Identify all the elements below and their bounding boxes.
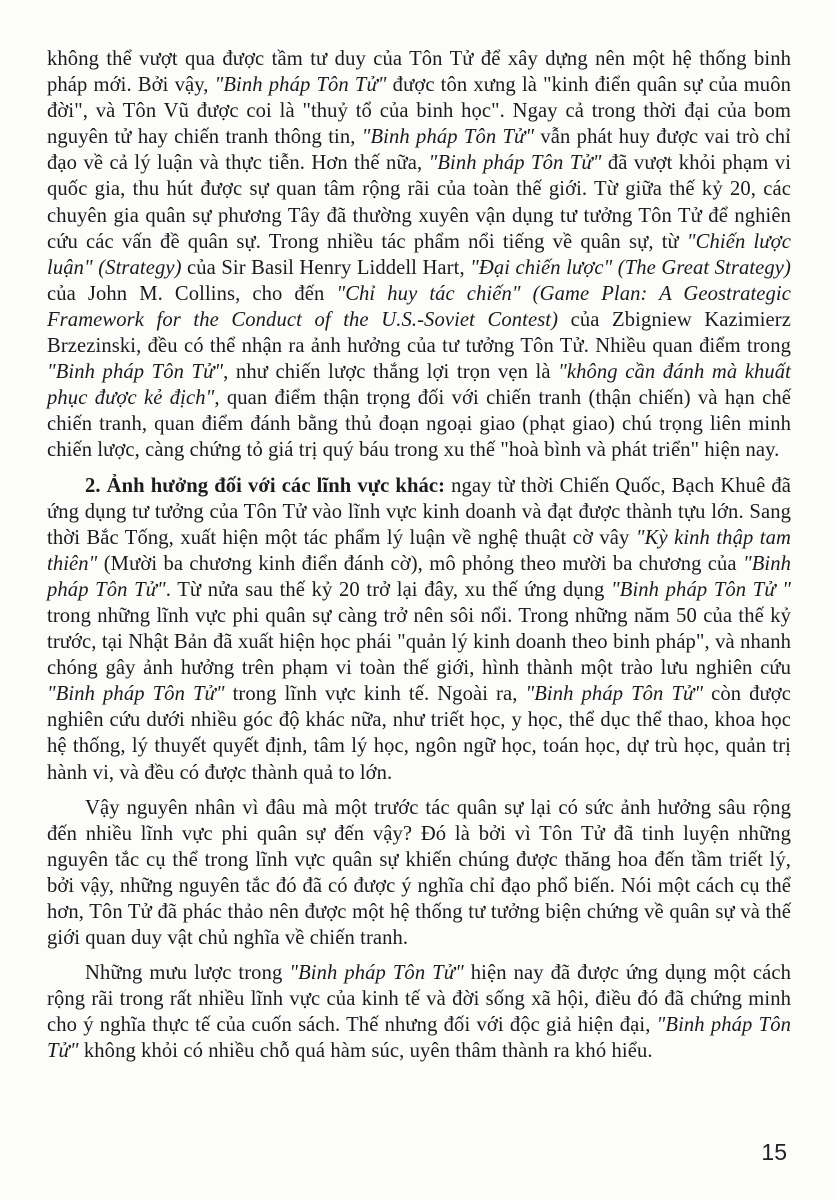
text-run: của Sir Basil Henry Liddell Hart, xyxy=(182,257,471,279)
bold-run: 2. Ảnh hưởng đối với các lĩnh vực khác: xyxy=(85,475,445,497)
italic-run: "Binh pháp Tôn Tử" xyxy=(47,361,223,383)
italic-run: "Binh pháp Tôn Tử" xyxy=(289,962,463,984)
book-page: không thể vượt qua được tầm tư duy của T… xyxy=(0,0,836,1200)
text-run: Vậy nguyên nhân vì đâu mà một trước tác … xyxy=(47,797,791,949)
paragraph-influence-other-fields: 2. Ảnh hưởng đối với các lĩnh vực khác: … xyxy=(47,473,791,786)
text-run: trong lĩnh vực kinh tế. Ngoài ra, xyxy=(225,683,526,705)
text-run: Những mưu lược trong xyxy=(85,962,289,984)
paragraph-influence-military: không thể vượt qua được tầm tư duy của T… xyxy=(47,46,791,464)
paragraph-reason-for-influence: Vậy nguyên nhân vì đâu mà một trước tác … xyxy=(47,795,791,952)
text-run: không khỏi có nhiều chỗ quá hàm súc, uyê… xyxy=(79,1040,653,1062)
text-run: . Từ nửa sau thế kỷ 20 trở lại đây, xu t… xyxy=(166,579,611,601)
page-number: 15 xyxy=(761,1139,787,1166)
italic-run: "Binh pháp Tôn Tử" xyxy=(47,683,225,705)
italic-run: "Binh pháp Tôn Tử " xyxy=(611,579,791,601)
text-run: trong những lĩnh vực phi quân sự càng tr… xyxy=(47,605,791,679)
italic-run: "Đại chiến lược" (The Great Strategy) xyxy=(470,257,791,279)
italic-run: "Binh pháp Tôn Tử" xyxy=(215,74,387,96)
italic-run: "Binh pháp Tôn Tử" xyxy=(429,152,602,174)
text-block: không thể vượt qua được tầm tư duy của T… xyxy=(47,46,791,1065)
text-run: của John M. Collins, cho đến xyxy=(47,283,336,305)
italic-run: "Binh pháp Tôn Tử" xyxy=(362,126,534,148)
text-run: , như chiến lược thắng lợi trọn vẹn là xyxy=(223,361,558,383)
paragraph-modern-application: Những mưu lược trong "Binh pháp Tôn Tử" … xyxy=(47,960,791,1064)
italic-run: "Binh pháp Tôn Tử" xyxy=(525,683,703,705)
text-run: (Mười ba chương kinh điển đánh cờ), mô p… xyxy=(97,553,743,575)
